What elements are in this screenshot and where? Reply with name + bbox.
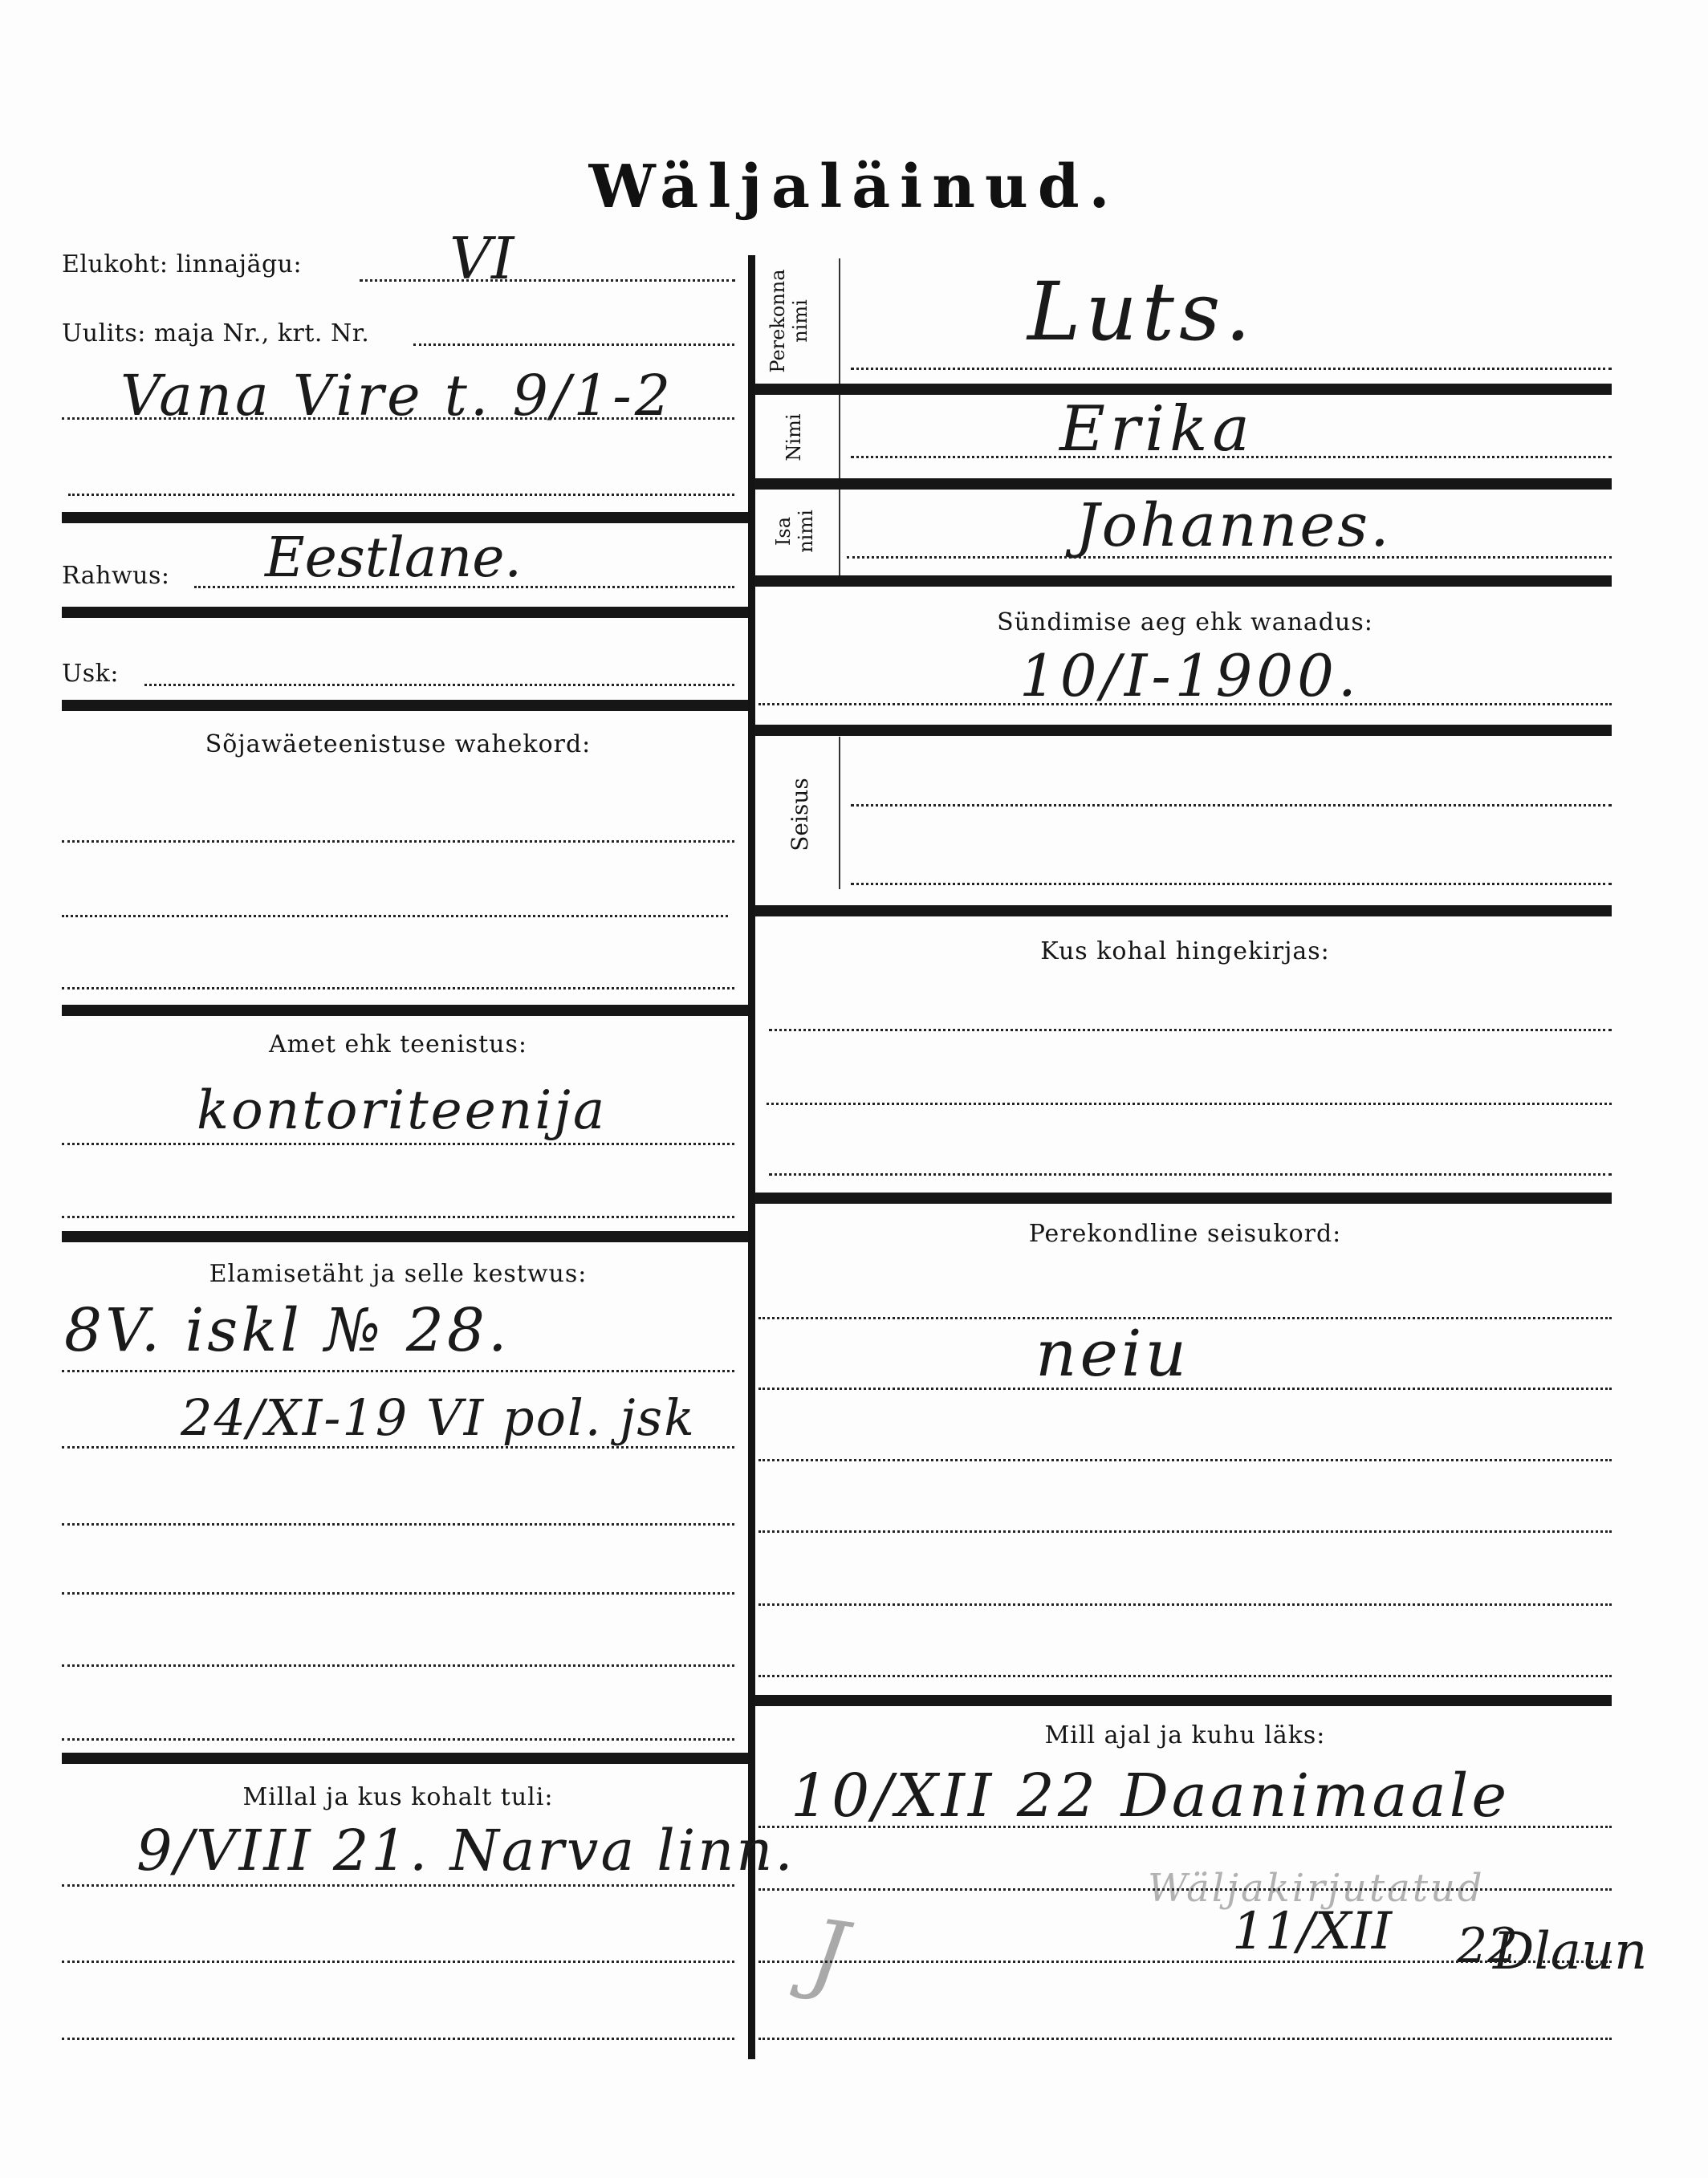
section-rule [62,1231,748,1242]
religion-line [144,684,734,686]
section-rule [754,905,1612,916]
section-rule [62,1753,748,1764]
marital-status-heading: Perekondline seisukord: [758,1220,1612,1248]
permit-line-5 [62,1664,734,1667]
marital-line-4 [758,1530,1612,1533]
arrival-line-2 [62,1961,734,1963]
permit-line-6 [62,1738,734,1741]
residence-permit-heading: Elamisetäht ja selle kestwus: [62,1260,734,1288]
surname-label: Perekonna nimi [767,258,811,384]
register-card: Wäljaläinud. Elukoht: linnajägu: VI Uuli… [0,0,1708,2178]
label-divider [839,490,840,578]
occupation-line-2 [62,1216,734,1218]
arrival-line-1 [62,1884,734,1887]
status-line-1 [851,804,1612,807]
religion-label: Usk: [62,660,119,688]
military-line-1 [62,840,734,843]
marital-line-6 [758,1675,1612,1677]
permit-line-3 [62,1523,734,1526]
document-title: Wäljaläinud. [0,152,1708,221]
section-rule [754,478,1612,490]
section-rule [62,700,748,711]
residence-permit-line-1: 8V. iskl № 28. [64,1296,510,1365]
nationality-label: Rahwus: [62,562,170,590]
marital-line-2 [758,1388,1612,1390]
section-rule [62,1005,748,1016]
nationality-value: Eestlane. [265,526,522,590]
section-rule [62,512,748,523]
surname-line [851,368,1612,370]
departure-heading: Mill ajal ja kuhu läks: [758,1721,1612,1749]
arrival-line-3 [62,2038,734,2040]
residence-permit-line-2: 24/XI-19 VI pol. jsk [181,1388,696,1447]
registry-line-3 [769,1173,1612,1176]
residence-value: VI [449,225,514,292]
departure-line-3 [758,1961,1612,1963]
departure-line-2 [758,1888,1612,1891]
registry-line-2 [767,1103,1612,1105]
label-divider [839,395,840,480]
first-name-line [851,456,1612,458]
street-line-2 [62,417,734,420]
status-label: Seisus [789,766,811,863]
registry-line-1 [769,1029,1612,1031]
label-divider [839,258,840,385]
permit-line-1 [62,1370,734,1372]
departure-value: 10/XII 22 Daanimaale [791,1761,1510,1831]
first-name-value: Erika [1059,393,1255,465]
arrival-heading: Millal ja kus kohalt tuli: [62,1783,734,1811]
section-rule [754,1695,1612,1706]
street-line [413,343,734,346]
column-divider [748,255,755,2059]
marital-status-value: neiu [1035,1316,1189,1391]
father-name-line [847,556,1612,559]
first-name-label: Nimi [783,401,805,473]
military-line-2 [62,915,728,917]
official-signature: Dlaun [1493,1922,1647,1981]
birth-line [758,703,1612,705]
faint-signature: J [803,1900,852,2007]
occupation-value: kontoriteenija [197,1079,607,1141]
departure-line-1 [758,1826,1612,1828]
military-service-heading: Sõjawäeteenistuse wahekord: [62,730,734,758]
registry-heading: Kus kohal hingekirjas: [758,937,1612,965]
marital-line-3 [758,1459,1612,1461]
street-line-3 [68,494,734,496]
father-name-label: Isa nimi [772,491,817,571]
residence-line [360,279,735,282]
birth-heading: Sündimise aeg ehk wanadus: [758,608,1612,636]
father-name-value: Johannes. [1076,491,1392,560]
permit-line-4 [62,1592,734,1595]
label-divider [839,737,840,889]
arrival-value: 9/VIII 21. Narva linn. [136,1818,795,1883]
birth-value: 10/I-1900. [1019,642,1360,709]
residence-label: Elukoht: linnajägu: [62,250,302,278]
surname-value: Luts. [1027,265,1255,359]
occupation-line-1 [62,1143,734,1145]
section-rule [62,607,748,618]
military-line-3 [62,987,734,989]
marital-line-5 [758,1603,1612,1606]
status-line-2 [851,883,1612,885]
section-rule [754,1193,1612,1204]
permit-line-2 [62,1446,734,1449]
street-label: Uulits: maja Nr., krt. Nr. [62,319,369,347]
section-rule [754,575,1612,587]
departure-line-4 [758,2038,1612,2040]
section-rule [754,725,1612,736]
departure-stamp-date: 11/XII [1232,1902,1392,1961]
occupation-heading: Amet ehk teenistus: [62,1030,734,1059]
